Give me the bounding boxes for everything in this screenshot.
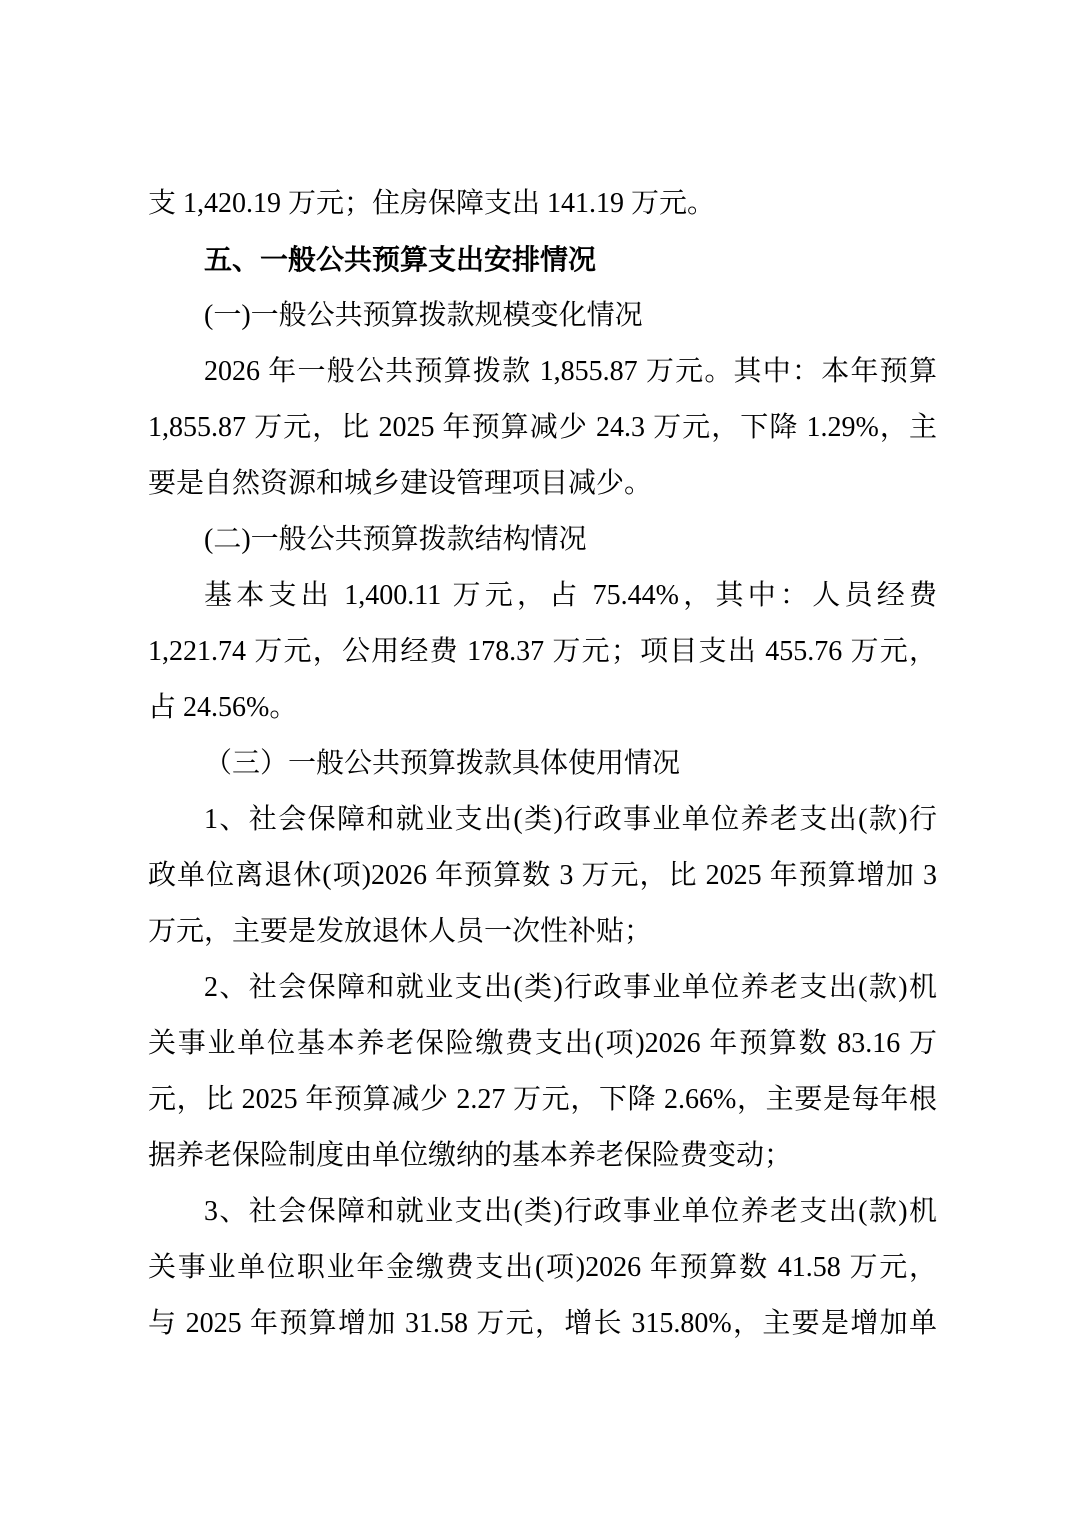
body-line: 1,855.87 万元，比 2025 年预算减少 24.3 万元，下降 1.29… — [148, 400, 937, 456]
body-line: 1、社会保障和就业支出(类)行政事业单位养老支出(款)行 — [148, 792, 937, 848]
section-heading: 五、一般公共预算支出安排情况 — [148, 232, 937, 288]
body-line: 2、社会保障和就业支出(类)行政事业单位养老支出(款)机 — [148, 960, 937, 1016]
body-line: 3、社会保障和就业支出(类)行政事业单位养老支出(款)机 — [148, 1184, 937, 1240]
body-line: 1,221.74 万元，公用经费 178.37 万元；项目支出 455.76 万… — [148, 624, 937, 680]
body-line: 基本支出 1,400.11 万元，占 75.44%，其中：人员经费 — [148, 568, 937, 624]
body-line: 2026 年一般公共预算拨款 1,855.87 万元。其中：本年预算 — [148, 344, 937, 400]
body-line: 万元，主要是发放退休人员一次性补贴； — [148, 904, 937, 960]
body-line: 据养老保险制度由单位缴纳的基本养老保险费变动； — [148, 1128, 937, 1184]
body-line: 要是自然资源和城乡建设管理项目减少。 — [148, 456, 937, 512]
body-line: 占 24.56%。 — [148, 680, 937, 736]
document-page: 支 1,420.19 万元；住房保障支出 141.19 万元。 五、一般公共预算… — [0, 0, 1074, 1520]
body-line: 支 1,420.19 万元；住房保障支出 141.19 万元。 — [148, 176, 937, 232]
body-line: 关事业单位基本养老保险缴费支出(项)2026 年预算数 83.16 万 — [148, 1016, 937, 1072]
subsection-heading-2: (二)一般公共预算拨款结构情况 — [148, 512, 937, 568]
body-line: 与 2025 年预算增加 31.58 万元，增长 315.80%，主要是增加单 — [148, 1296, 937, 1352]
body-line: 元，比 2025 年预算减少 2.27 万元，下降 2.66%，主要是每年根 — [148, 1072, 937, 1128]
body-line: 政单位离退休(项)2026 年预算数 3 万元，比 2025 年预算增加 3 — [148, 848, 937, 904]
subsection-heading-1: (一)一般公共预算拨款规模变化情况 — [148, 288, 937, 344]
body-line: 关事业单位职业年金缴费支出(项)2026 年预算数 41.58 万元， — [148, 1240, 937, 1296]
subsection-heading-3: （三）一般公共预算拨款具体使用情况 — [148, 736, 937, 792]
